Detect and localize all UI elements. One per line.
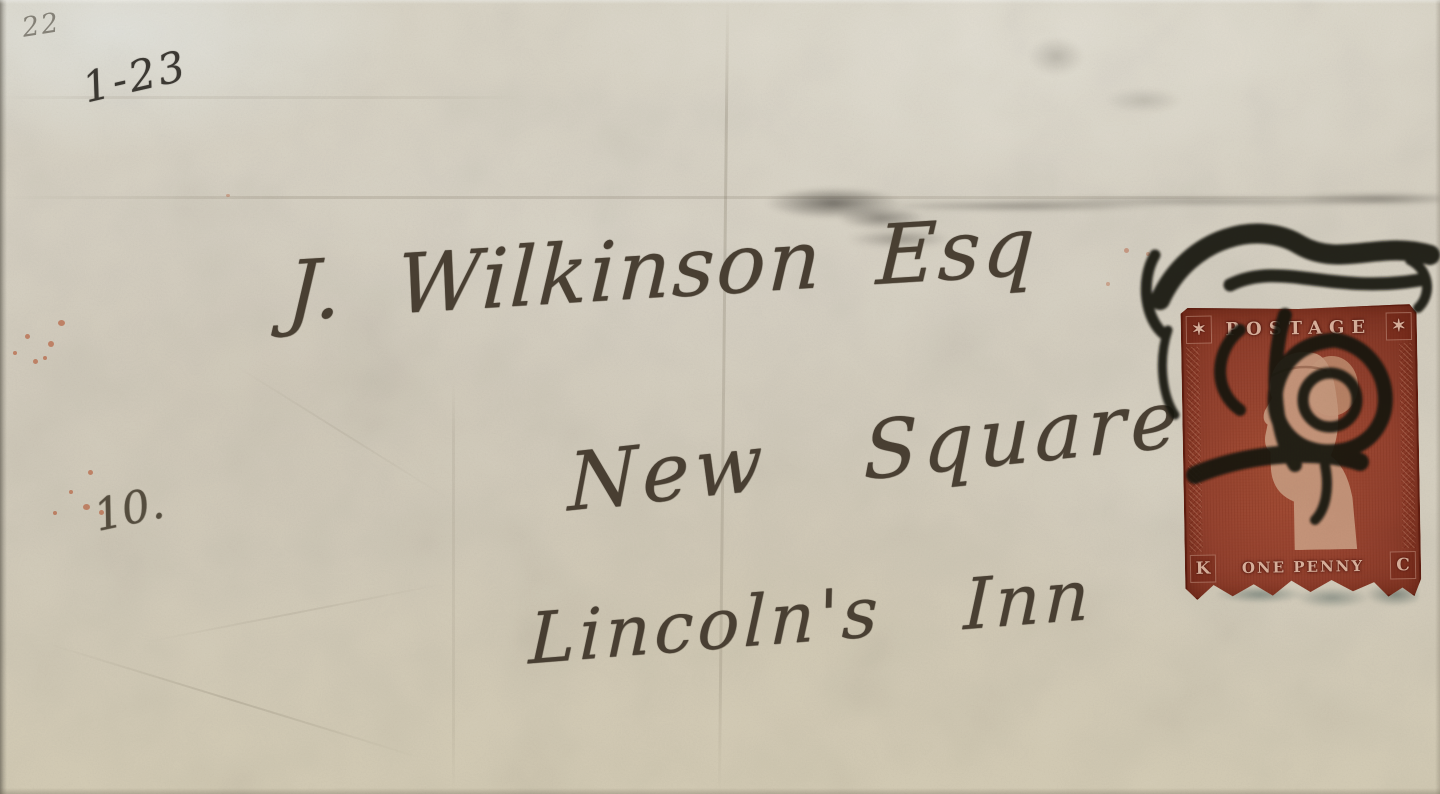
horizontal-crease-faint — [0, 96, 520, 99]
diagonal-crease — [229, 361, 451, 500]
envelope-scan: 22 1-23 10. J. Wilkinson Esq New Square … — [0, 0, 1440, 794]
pencil-number: 22 — [20, 7, 63, 44]
ink-smudge-top — [990, 18, 1210, 128]
address-line-recipient: J. Wilkinson Esq — [285, 199, 1039, 340]
vertical-fold-crease — [718, 0, 729, 794]
rate-mark: 10. — [89, 477, 168, 541]
maltese-cross-cancel-icon — [1120, 200, 1440, 570]
scan-edge-bottom — [0, 788, 1440, 794]
diagonal-crease — [48, 643, 422, 759]
scan-edge-top — [0, 0, 1440, 4]
scan-edge-left — [0, 0, 7, 794]
diagonal-crease — [143, 582, 448, 643]
vertical-crease-faint — [452, 380, 455, 794]
address-line-street: New Square — [568, 371, 1183, 529]
address-line-district: Lincoln's Inn — [528, 554, 1094, 681]
docket-number: 1-23 — [78, 41, 193, 113]
